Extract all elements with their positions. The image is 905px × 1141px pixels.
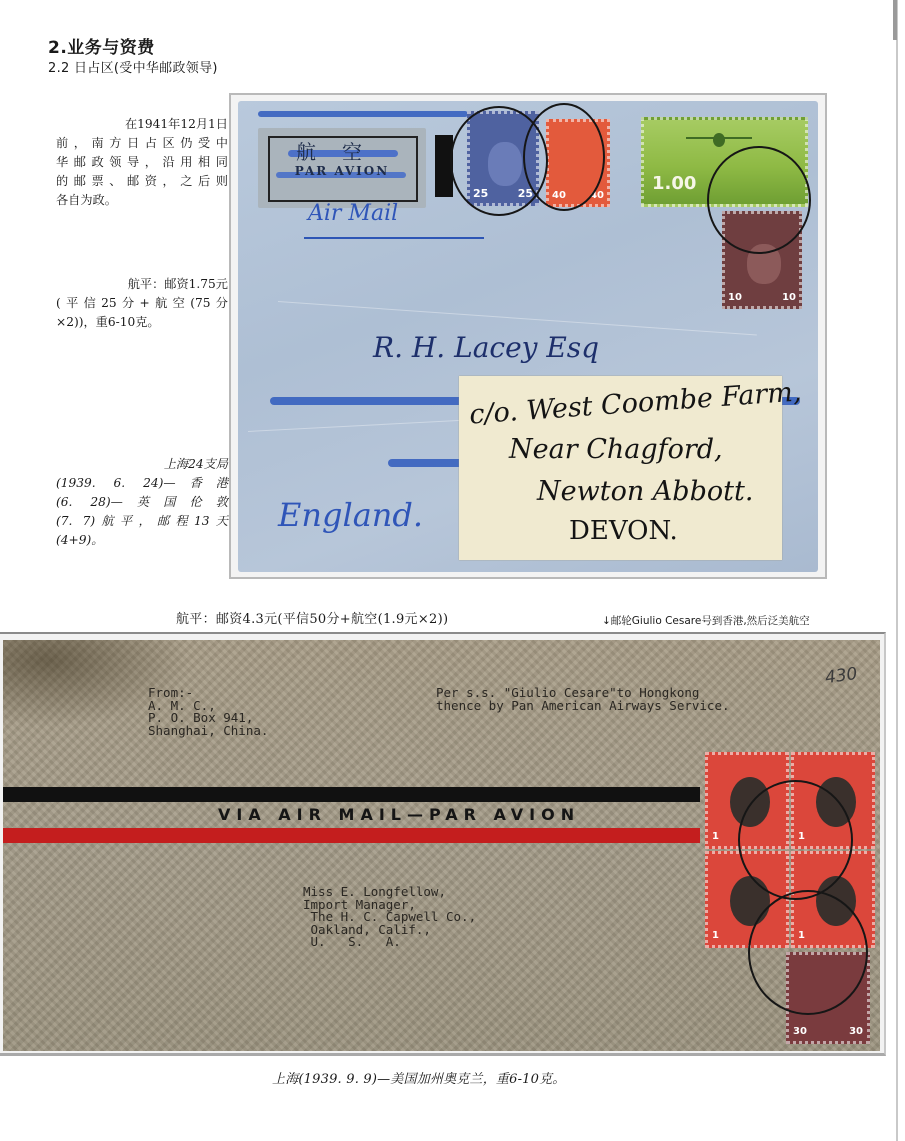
postmark — [748, 890, 868, 1015]
handwritten-country: England. — [278, 496, 423, 534]
etiquette-french: PAR AVION — [258, 164, 426, 178]
recipient-address: Miss E. Longfellow, Import Manager, The … — [303, 886, 476, 949]
note-line: 在1941年12月1日 — [56, 115, 228, 134]
rate-note-1: 航平：邮资1.75元 (平信25分+航空(75分 ×2))，重6-10克。 — [56, 275, 228, 332]
note-line: 航平：邮资1.75元 — [56, 275, 228, 294]
page-edge-rule — [896, 0, 898, 1141]
routing-instruction: Per s.s. "Giulio Cesare"to Hongkong then… — [436, 687, 730, 712]
cover-2-envelope: From:- A. M. C., P. O. Box 941, Shanghai… — [3, 640, 880, 1051]
crossed-out-address — [388, 459, 468, 467]
postmark — [523, 103, 605, 211]
note-line: 上海24支局 — [56, 455, 228, 474]
intro-note: 在1941年12月1日 前，南方日占区仍受中 华邮政领导，沿用相同 的邮票、邮资… — [56, 115, 228, 210]
airmail-etiquette: 航空 PAR AVION — [258, 128, 426, 208]
airmail-band-red — [3, 828, 700, 843]
forwarding-line: DEVON. — [569, 516, 678, 546]
airmail-band-black — [3, 787, 700, 802]
rate-caption-2: 航平：邮资4.3元(平信50分+航空(1.9元×2)) — [176, 608, 448, 627]
postmark — [707, 146, 811, 254]
forwarding-line: Newton Abbott. — [537, 476, 753, 507]
route-caption-2: 上海(1939. 9. 9)—美国加州奥克兰，重6-10克。 — [272, 1068, 566, 1087]
subsection-heading: 2.2 日占区(受中华邮政领导) — [48, 57, 218, 76]
handwritten-addressee: R. H. Lacey Esq — [373, 331, 599, 364]
note-line: 各自为政。 — [56, 191, 228, 210]
forwarding-line: Near Chagford, — [509, 434, 723, 465]
underline — [304, 237, 484, 239]
postmark — [738, 780, 853, 900]
forwarding-line: c/o. West Coombe Farm, — [468, 376, 802, 430]
note-line: 华邮政领导，沿用相同 — [56, 153, 228, 172]
airplane-icon — [684, 128, 754, 150]
etiquette-chinese: 航空 — [258, 136, 426, 165]
note-line: (7. 7)航平，邮程13天 — [56, 512, 228, 531]
forwarding-address-label: c/o. West Coombe Farm, Near Chagford, Ne… — [459, 376, 782, 560]
sender-address: From:- A. M. C., P. O. Box 941, Shanghai… — [148, 687, 268, 737]
section-heading: 2.业务与资费 — [48, 33, 155, 58]
note-line: (平信25分+航空(75分 — [56, 294, 228, 313]
note-line: (6. 28)—英国伦敦 — [56, 493, 228, 512]
note-line: (4+9)。 — [56, 531, 228, 550]
crossed-out-line — [258, 111, 468, 117]
handwritten-air-mail: Air Mail — [308, 201, 398, 226]
route-note-1: 上海24支局 (1939. 6. 24)—香港 (6. 28)—英国伦敦 (7.… — [56, 455, 228, 550]
pencil-notation: 430 — [824, 664, 859, 688]
cover-1-envelope: 航空 PAR AVION Air Mail 25 25 40 40 1.00 1… — [238, 101, 818, 572]
note-line: 的邮票、邮资，之后则 — [56, 172, 228, 191]
note-line: 前，南方日占区仍受中 — [56, 134, 228, 153]
note-line: (1939. 6. 24)—香港 — [56, 474, 228, 493]
airmail-band-text: VIA AIR MAIL—PAR AVION — [218, 805, 580, 824]
ship-route-note: ↓邮轮Giulio Cesare号到香港,然后泛美航空 — [602, 613, 810, 628]
note-line: ×2))，重6-10克。 — [56, 313, 228, 332]
